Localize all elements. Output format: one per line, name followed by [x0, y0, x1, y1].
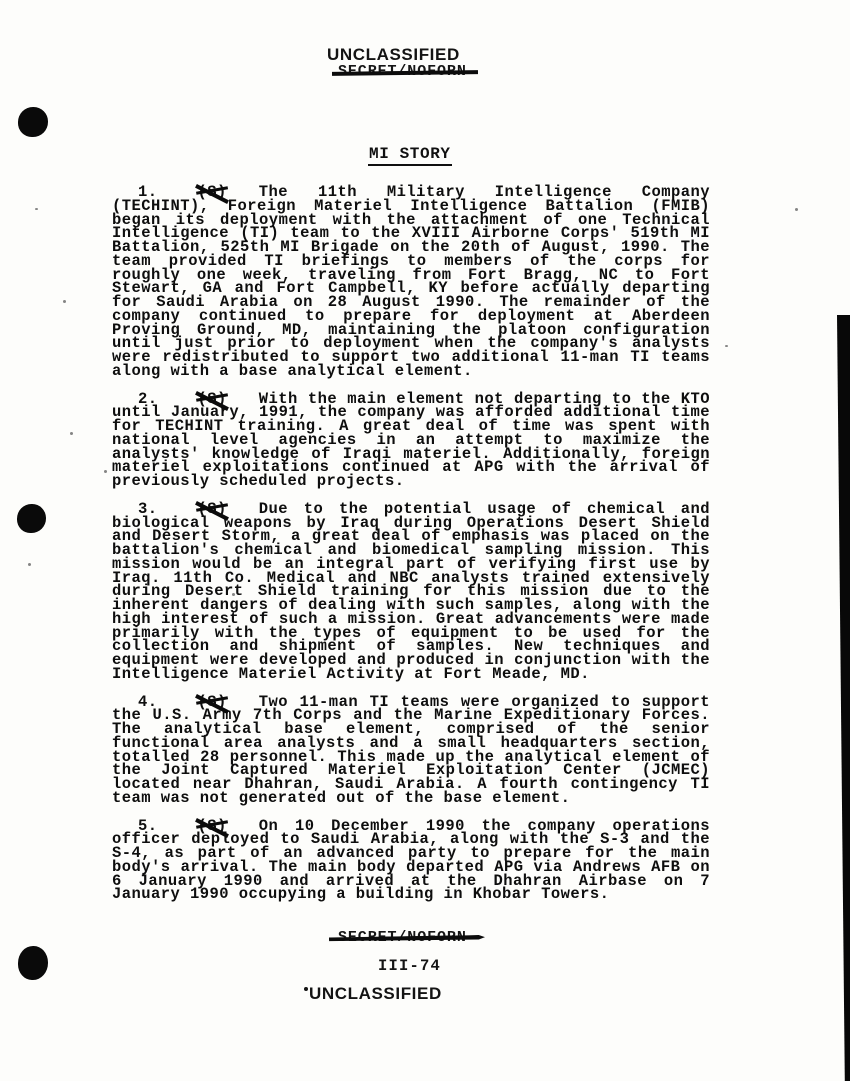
struck-classification-marker: (S)	[198, 696, 227, 710]
scan-edge-artifact	[837, 315, 850, 1081]
paragraph-2: 2.(S)With the main element not departing…	[112, 393, 710, 489]
scan-speck	[795, 208, 798, 211]
paragraph-4: 4.(S)Two 11-man TI teams were organized …	[112, 696, 710, 806]
document-body: 1.(S)The 11th Military Intelligence Comp…	[112, 186, 710, 916]
struck-classification-marker: (S)	[198, 393, 227, 407]
paragraph-text: The 11th Military Intelligence Company (…	[112, 183, 710, 380]
scan-speck	[63, 300, 66, 303]
page-number: III-74	[378, 957, 441, 975]
paragraph-5: 5.(S)On 10 December 1990 the company ope…	[112, 820, 710, 903]
hole-punch-mark	[18, 107, 48, 137]
hole-punch-mark	[17, 504, 46, 533]
header-unclassified-label: UNCLASSIFIED	[327, 45, 460, 65]
hole-punch-mark	[18, 946, 48, 980]
scan-speck	[70, 432, 73, 435]
document-title: MI STORY	[368, 145, 452, 166]
paragraph-3: 3.(S)Due to the potential usage of chemi…	[112, 503, 710, 682]
struck-classification-marker: (S)	[198, 186, 227, 200]
footer-unclassified-label: UNCLASSIFIED	[309, 984, 442, 1004]
scan-speck	[28, 563, 31, 566]
scan-speck	[304, 987, 308, 991]
scan-speck	[35, 208, 38, 210]
scan-speck	[104, 470, 107, 473]
scan-speck	[725, 345, 728, 347]
paragraph-text: Due to the potential usage of chemical a…	[112, 500, 710, 683]
struck-classification-marker: (S)	[198, 503, 227, 517]
struck-classification-marker: (S)	[198, 820, 227, 834]
scanned-document-page: UNCLASSIFIED SECRET/NOFORN MI STORY 1.(S…	[0, 0, 850, 1081]
paragraph-1: 1.(S)The 11th Military Intelligence Comp…	[112, 186, 710, 379]
